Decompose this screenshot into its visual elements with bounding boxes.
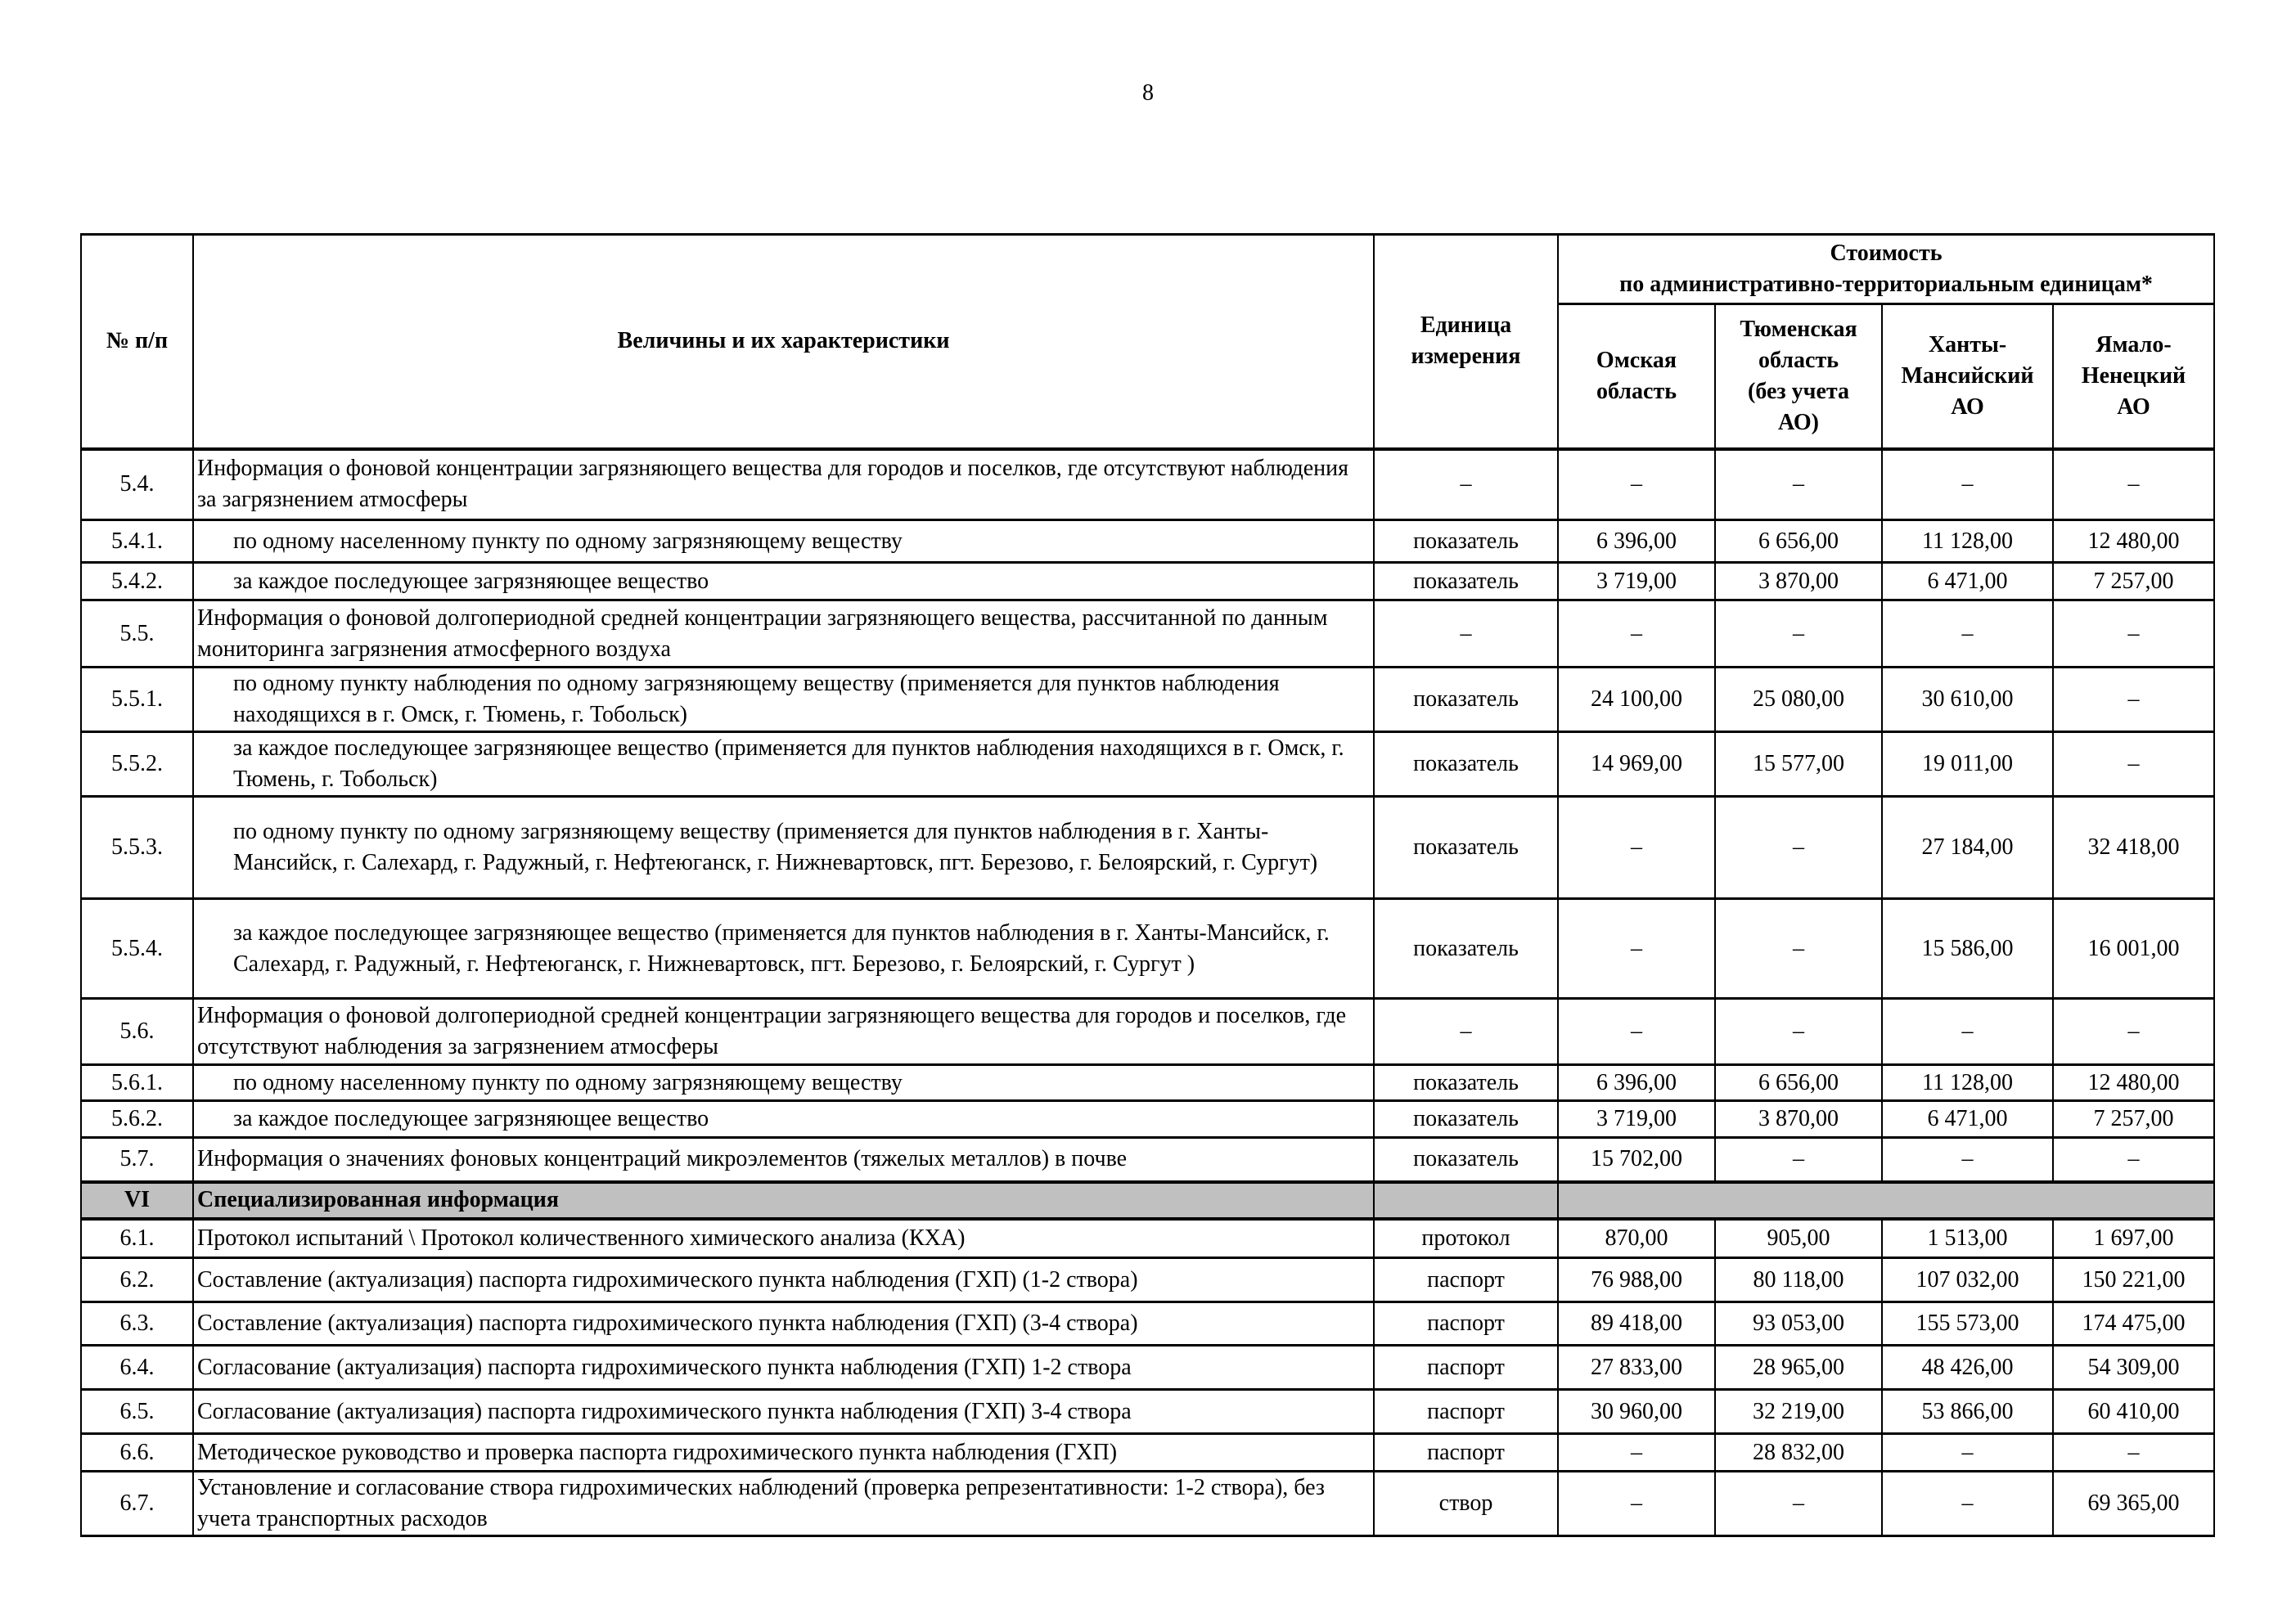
row-number: 6.5. [81,1390,193,1434]
header-region-line: Тюменская [1719,314,1878,345]
row-number: 6.2. [81,1258,193,1302]
table-row: 5.6.1.по одному населенному пункту по од… [81,1065,2214,1101]
table-header: № п/п Величины и их характеристики Едини… [81,235,2214,449]
row-number: 6.7. [81,1472,193,1536]
row-number: 5.5.1. [81,668,193,732]
header-region-line: Ненецкий [2057,361,2210,392]
unit-cell: показатель [1374,668,1558,732]
unit-cell: створ [1374,1472,1558,1536]
table-row: 5.4.1.по одному населенному пункту по од… [81,520,2214,563]
cost-tyumen: 6 656,00 [1715,520,1882,563]
row-description: Информация о фоновой концентрации загряз… [193,449,1374,520]
row-description: Согласование (актуализация) паспорта гид… [193,1346,1374,1390]
table-row: 6.5.Согласование (актуализация) паспорта… [81,1390,2214,1434]
unit-cell: показатель [1374,1065,1558,1101]
cost-omsk: 3 719,00 [1558,563,1715,600]
unit-cell: – [1374,600,1558,668]
header-region-line: область [1562,376,1711,407]
row-number: 5.5. [81,600,193,668]
row-number: VI [81,1182,193,1219]
cost-khmao: 11 128,00 [1882,520,2053,563]
cost-tyumen: 28 832,00 [1715,1434,1882,1472]
table-row: 5.6.2.за каждое последующее загрязняющее… [81,1101,2214,1138]
row-number: 5.5.3. [81,797,193,899]
row-number: 6.3. [81,1302,193,1346]
header-region-line: АО [1886,392,2049,423]
cost-omsk: 6 396,00 [1558,520,1715,563]
header-cost-line1: Стоимость [1562,238,2210,269]
page-number: 8 [0,79,2296,108]
unit-cell: паспорт [1374,1302,1558,1346]
row-description: по одному пункту по одному загрязняющему… [193,797,1374,899]
header-num: № п/п [81,235,193,449]
cost-tyumen: 25 080,00 [1715,668,1882,732]
row-number: 6.1. [81,1219,193,1258]
unit-cell: показатель [1374,563,1558,600]
cost-tyumen: 3 870,00 [1715,563,1882,600]
header-region-line: АО) [1719,407,1878,438]
table-row: 5.5.4.за каждое последующее загрязняющее… [81,899,2214,999]
header-region-line: Ханты- [1886,330,2049,361]
table-row: 5.4.Информация о фоновой концентрации за… [81,449,2214,520]
cost-khmao: 19 011,00 [1882,732,2053,797]
table-row: 6.7.Установление и согласование створа г… [81,1472,2214,1536]
table-row: 6.6.Методическое руководство и проверка … [81,1434,2214,1472]
cost-khmao: 1 513,00 [1882,1219,2053,1258]
cost-yanao: – [2053,668,2214,732]
table-row: 5.6.Информация о фоновой долгопериодной … [81,999,2214,1065]
cost-khmao: 6 471,00 [1882,1101,2053,1138]
cost-omsk: – [1558,999,1715,1065]
cost-yanao: 12 480,00 [2053,520,2214,563]
row-description: Методическое руководство и проверка пасп… [193,1434,1374,1472]
unit-cell: паспорт [1374,1434,1558,1472]
cost-tyumen: – [1715,899,1882,999]
cost-omsk: – [1558,600,1715,668]
section-row: VIСпециализированная информация [81,1182,2214,1219]
cost-tyumen: 32 219,00 [1715,1390,1882,1434]
cost-tyumen: 3 870,00 [1715,1101,1882,1138]
cost-tyumen: – [1715,600,1882,668]
cost-yanao: 174 475,00 [2053,1302,2214,1346]
table-row: 5.5.Информация о фоновой долгопериодной … [81,600,2214,668]
table-row: 5.5.2.за каждое последующее загрязняющее… [81,732,2214,797]
cost-yanao: 7 257,00 [2053,1101,2214,1138]
cost-tyumen: – [1715,449,1882,520]
row-number: 5.6.2. [81,1101,193,1138]
header-description: Величины и их характеристики [193,235,1374,449]
cost-tyumen: – [1715,1138,1882,1182]
cost-tyumen: – [1715,797,1882,899]
cost-yanao: 54 309,00 [2053,1346,2214,1390]
cost-khmao: – [1882,1472,2053,1536]
cost-khmao: 48 426,00 [1882,1346,2053,1390]
cost-khmao: 11 128,00 [1882,1065,2053,1101]
header-region-line: (без учета [1719,376,1878,407]
row-description: Составление (актуализация) паспорта гидр… [193,1302,1374,1346]
header-cost-line2: по административно-территориальным едини… [1562,269,2210,300]
row-description: по одному населенному пункту по одному з… [193,520,1374,563]
unit-cell: протокол [1374,1219,1558,1258]
cost-tyumen: – [1715,999,1882,1065]
header-region-line: область [1719,345,1878,376]
row-number: 5.4.1. [81,520,193,563]
table-row: 5.5.1.по одному пункту наблюдения по одн… [81,668,2214,732]
header-region-line: АО [2057,392,2210,423]
row-description: за каждое последующее загрязняющее вещес… [193,732,1374,797]
cost-khmao: – [1882,999,2053,1065]
cost-yanao: – [2053,732,2214,797]
row-description: Информация о значениях фоновых концентра… [193,1138,1374,1182]
unit-cell: показатель [1374,732,1558,797]
cost-omsk: – [1558,899,1715,999]
header-cost-group: Стоимость по административно-территориал… [1558,235,2214,304]
cost-omsk: 89 418,00 [1558,1302,1715,1346]
cost-yanao: 16 001,00 [2053,899,2214,999]
unit-cell: показатель [1374,1138,1558,1182]
row-description: Составление (актуализация) паспорта гидр… [193,1258,1374,1302]
cost-khmao: 27 184,00 [1882,797,2053,899]
table-row: 6.3.Составление (актуализация) паспорта … [81,1302,2214,1346]
row-description: по одному населенному пункту по одному з… [193,1065,1374,1101]
table-row: 6.2.Составление (актуализация) паспорта … [81,1258,2214,1302]
cost-omsk: 6 396,00 [1558,1065,1715,1101]
unit-cell: показатель [1374,1101,1558,1138]
table-body: 5.4.Информация о фоновой концентрации за… [81,449,2214,1536]
header-region-line: Омская [1562,345,1711,376]
cost-omsk: – [1558,449,1715,520]
cost-yanao: – [2053,999,2214,1065]
cost-omsk: 14 969,00 [1558,732,1715,797]
row-number: 5.6.1. [81,1065,193,1101]
cost-tyumen: 905,00 [1715,1219,1882,1258]
row-number: 5.6. [81,999,193,1065]
header-region-omsk: Омскаяобласть [1558,304,1715,449]
cost-omsk: 15 702,00 [1558,1138,1715,1182]
cost-tyumen: 6 656,00 [1715,1065,1882,1101]
row-description: Протокол испытаний \ Протокол количестве… [193,1219,1374,1258]
row-description: Информация о фоновой долгопериодной сред… [193,600,1374,668]
cost-yanao: 7 257,00 [2053,563,2214,600]
cost-yanao: 12 480,00 [2053,1065,2214,1101]
cost-yanao: – [2053,1434,2214,1472]
table-row: 6.4.Согласование (актуализация) паспорта… [81,1346,2214,1390]
unit-cell [1374,1182,1558,1219]
cost-khmao: 6 471,00 [1882,563,2053,600]
unit-cell: показатель [1374,899,1558,999]
cost-yanao: 60 410,00 [2053,1390,2214,1434]
cost-omsk: 30 960,00 [1558,1390,1715,1434]
cost-omsk: 3 719,00 [1558,1101,1715,1138]
row-number: 5.7. [81,1138,193,1182]
header-region-khmao: Ханты-МансийскийАО [1882,304,2053,449]
cost-khmao: 155 573,00 [1882,1302,2053,1346]
cost-tyumen: 15 577,00 [1715,732,1882,797]
unit-cell: паспорт [1374,1390,1558,1434]
row-number: 6.4. [81,1346,193,1390]
cost-khmao: 107 032,00 [1882,1258,2053,1302]
price-table: № п/п Величины и их характеристики Едини… [80,233,2215,1537]
row-description: Установление и согласование створа гидро… [193,1472,1374,1536]
row-number: 5.4.2. [81,563,193,600]
table-row: 5.5.3.по одному пункту по одному загрязн… [81,797,2214,899]
table-row: 5.4.2.за каждое последующее загрязняющее… [81,563,2214,600]
unit-cell: показатель [1374,797,1558,899]
cost-omsk: – [1558,797,1715,899]
header-region-line: Ямало- [2057,330,2210,361]
row-description: за каждое последующее загрязняющее вещес… [193,899,1374,999]
row-number: 5.4. [81,449,193,520]
cost-khmao: 30 610,00 [1882,668,2053,732]
header-region-tyumen: Тюменскаяобласть(без учетаАО) [1715,304,1882,449]
cost-omsk: – [1558,1472,1715,1536]
row-description: Информация о фоновой долгопериодной сред… [193,999,1374,1065]
cost-khmao: – [1882,600,2053,668]
cost-khmao: – [1882,1434,2053,1472]
cost-tyumen: 28 965,00 [1715,1346,1882,1390]
cost-cells-merged [1558,1182,2214,1219]
cost-omsk: 76 988,00 [1558,1258,1715,1302]
cost-yanao: 69 365,00 [2053,1472,2214,1536]
cost-yanao: 32 418,00 [2053,797,2214,899]
row-description: Согласование (актуализация) паспорта гид… [193,1390,1374,1434]
unit-cell: паспорт [1374,1346,1558,1390]
unit-cell: – [1374,449,1558,520]
cost-omsk: – [1558,1434,1715,1472]
row-description: за каждое последующее загрязняющее вещес… [193,1101,1374,1138]
header-unit: Единица измерения [1374,235,1558,449]
cost-tyumen: 80 118,00 [1715,1258,1882,1302]
cost-khmao: 53 866,00 [1882,1390,2053,1434]
row-number: 5.5.4. [81,899,193,999]
cost-omsk: 870,00 [1558,1219,1715,1258]
cost-tyumen: – [1715,1472,1882,1536]
row-description: за каждое последующее загрязняющее вещес… [193,563,1374,600]
header-unit-line1: Единица [1378,310,1554,341]
table-row: 5.7.Информация о значениях фоновых конце… [81,1138,2214,1182]
cost-khmao: 15 586,00 [1882,899,2053,999]
cost-khmao: – [1882,449,2053,520]
cost-omsk: 24 100,00 [1558,668,1715,732]
cost-yanao: 1 697,00 [2053,1219,2214,1258]
unit-cell: показатель [1374,520,1558,563]
row-number: 5.5.2. [81,732,193,797]
unit-cell: паспорт [1374,1258,1558,1302]
cost-omsk: 27 833,00 [1558,1346,1715,1390]
header-unit-line2: измерения [1378,341,1554,372]
cost-khmao: – [1882,1138,2053,1182]
cost-yanao: – [2053,449,2214,520]
table-row: 6.1.Протокол испытаний \ Протокол количе… [81,1219,2214,1258]
cost-tyumen: 93 053,00 [1715,1302,1882,1346]
row-description: по одному пункту наблюдения по одному за… [193,668,1374,732]
header-region-yanao: Ямало-НенецкийАО [2053,304,2214,449]
row-number: 6.6. [81,1434,193,1472]
header-region-line: Мансийский [1886,361,2049,392]
unit-cell: – [1374,999,1558,1065]
cost-yanao: – [2053,1138,2214,1182]
section-title: Специализированная информация [193,1182,1374,1219]
cost-yanao: – [2053,600,2214,668]
cost-yanao: 150 221,00 [2053,1258,2214,1302]
